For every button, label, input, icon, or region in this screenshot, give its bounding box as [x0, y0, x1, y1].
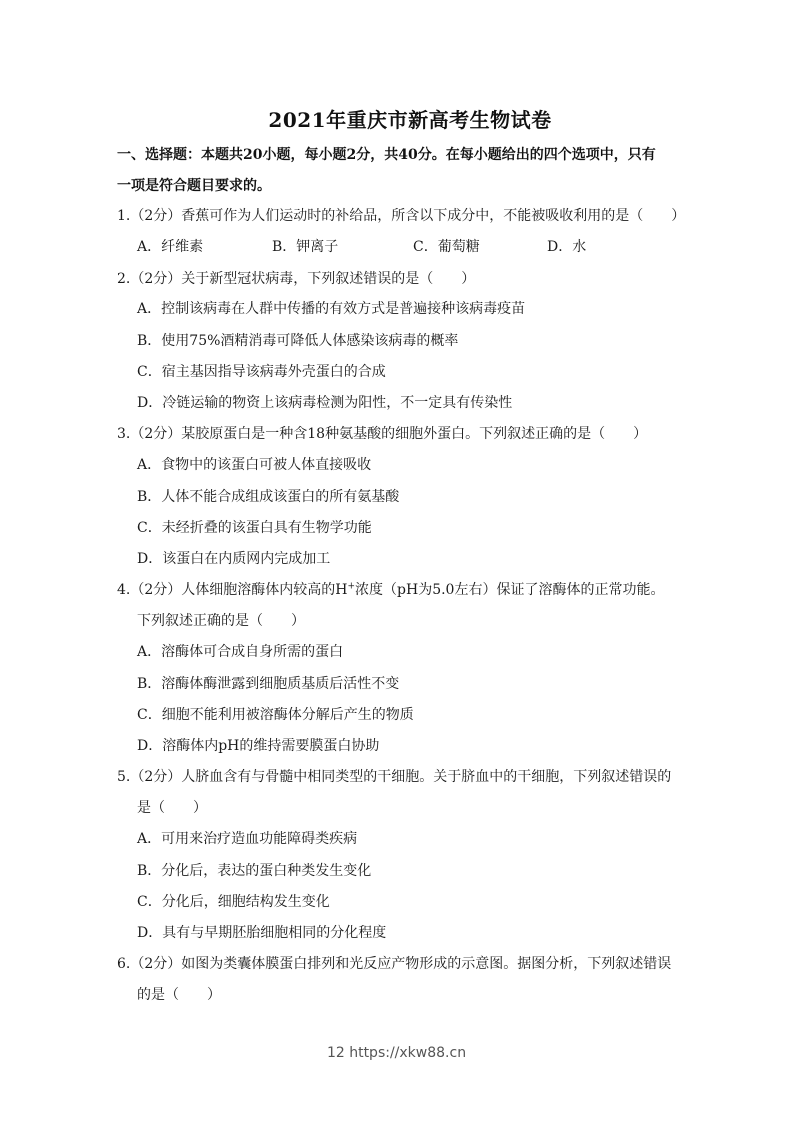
- question-5-option-a: A．可用来治疗造血功能障碍类疾病: [137, 829, 357, 849]
- question-4-stem-part-2: 浓度（pH为5.0左右）保证了溶酶体的正常功能。: [355, 582, 664, 598]
- question-4-option-b: B．溶酶体酶泄露到细胞质基质后活性不变: [137, 674, 399, 694]
- question-4-stem-continued: 下列叙述正确的是（ ）: [137, 611, 305, 631]
- page-footer: 12 https://xkw88.cn: [0, 1045, 793, 1061]
- question-2-stem: 2.（2分）关于新型冠状病毒，下列叙述错误的是（ ）: [117, 269, 475, 289]
- section-heading-line-1: 一、选择题：本题共20小题，每小题2分，共40分。在每小题给出的四个选项中，只有: [117, 140, 687, 171]
- question-3-option-d: D．该蛋白在内质网内完成加工: [137, 549, 330, 569]
- question-3-option-a: A．食物中的该蛋白可被人体直接吸收: [137, 455, 371, 475]
- question-5-option-b: B．分化后，表达的蛋白种类发生变化: [137, 861, 371, 881]
- question-1-option-b: B．钾离子: [272, 237, 338, 257]
- superscript-plus: +: [347, 581, 355, 591]
- question-3-stem: 3.（2分）某胶原蛋白是一种含18种氨基酸的细胞外蛋白。下列叙述正确的是（ ）: [117, 424, 647, 444]
- question-2-option-a: A．控制该病毒在人群中传播的有效方式是普遍接种该病毒疫苗: [137, 299, 525, 319]
- question-3-option-b: B．人体不能合成组成该蛋白的所有氨基酸: [137, 487, 399, 507]
- section-heading: 一、选择题：本题共20小题，每小题2分，共40分。在每小题给出的四个选项中，只有…: [117, 140, 687, 202]
- question-1-option-a: A．纤维素: [137, 237, 203, 257]
- question-4-option-c: C．细胞不能利用被溶酶体分解后产生的物质: [137, 705, 414, 725]
- question-4-option-d: D．溶酶体内pH的维持需要膜蛋白协助: [137, 736, 379, 756]
- question-6-stem-continued: 的是（ ）: [137, 985, 221, 1005]
- question-5-stem-continued: 是（ ）: [137, 798, 207, 818]
- exam-page: 2021年重庆市新高考生物试卷 一、选择题：本题共20小题，每小题2分，共40分…: [0, 0, 793, 1122]
- question-1-stem: 1.（2分）香蕉可作为人们运动时的补给品，所含以下成分中，不能被吸收利用的是（ …: [117, 206, 685, 226]
- page-title: 2021年重庆市新高考生物试卷: [0, 104, 793, 133]
- question-1-option-c: C．葡萄糖: [413, 237, 480, 257]
- question-3-option-c: C．未经折叠的该蛋白具有生物学功能: [137, 518, 372, 538]
- question-4-stem: 4.（2分）人体细胞溶酶体内较高的H+浓度（pH为5.0左右）保证了溶酶体的正常…: [117, 580, 664, 600]
- question-5-stem: 5.（2分）人脐血含有与骨髓中相同类型的干细胞。关于脐血中的干细胞，下列叙述错误…: [117, 767, 671, 787]
- question-2-option-c: C．宿主基因指导该病毒外壳蛋白的合成: [137, 362, 386, 382]
- question-6-stem: 6.（2分）如图为类囊体膜蛋白排列和光反应产物形成的示意图。据图分析，下列叙述错…: [117, 954, 671, 974]
- question-1-option-d: D．水: [547, 237, 586, 257]
- question-2-option-b: B．使用75%酒精消毒可降低人体感染该病毒的概率: [137, 331, 458, 351]
- question-2-option-d: D．冷链运输的物资上该病毒检测为阳性，不一定具有传染性: [137, 393, 512, 413]
- question-5-option-d: D．具有与早期胚胎细胞相同的分化程度: [137, 923, 386, 943]
- section-heading-line-2: 一项是符合题目要求的。: [117, 171, 687, 202]
- question-4-stem-part-1: 4.（2分）人体细胞溶酶体内较高的H: [117, 582, 347, 598]
- question-5-option-c: C．分化后，细胞结构发生变化: [137, 892, 330, 912]
- question-4-option-a: A．溶酶体可合成自身所需的蛋白: [137, 642, 343, 662]
